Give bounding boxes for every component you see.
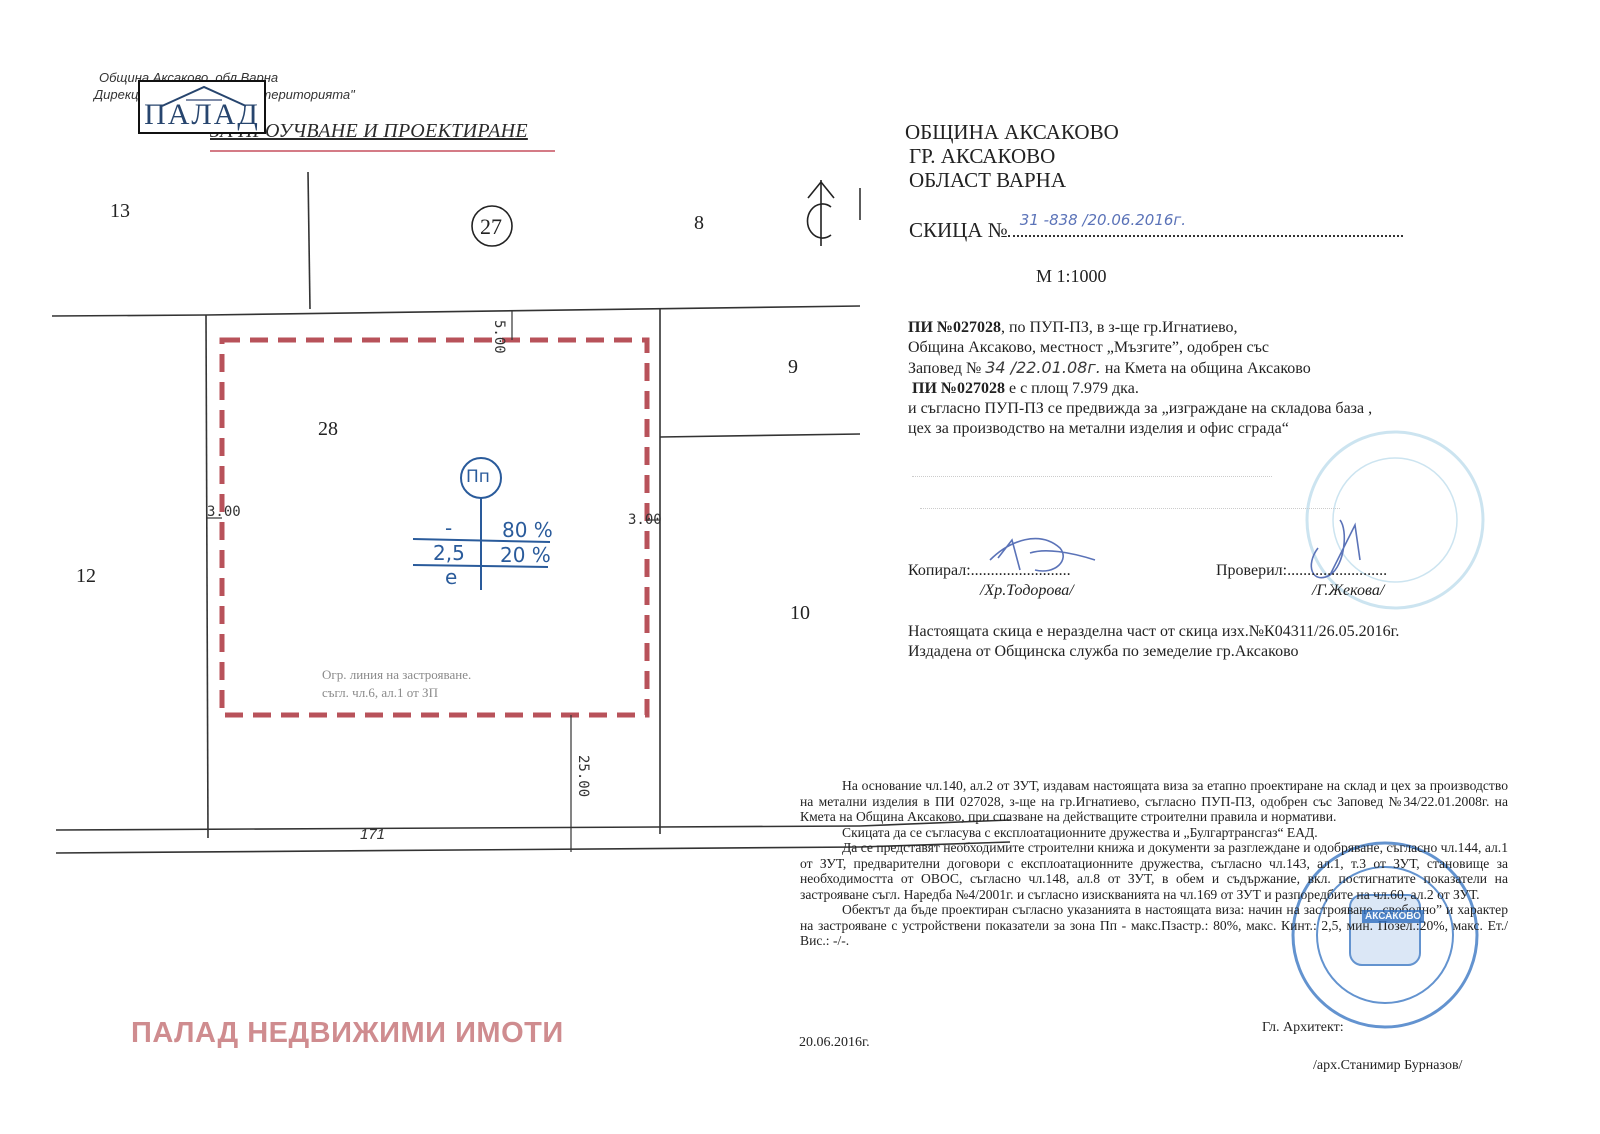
org-municipality: ОБЩИНА АКСАКОВО — [905, 120, 1119, 144]
scale: М 1:1000 — [1036, 266, 1107, 287]
zone-density: 80 % — [502, 518, 553, 542]
roof-icon — [158, 84, 250, 108]
checked-by-label: Проверил:......................... — [1216, 562, 1387, 580]
architect-name: /арх.Станимир Бурназов/ — [1313, 1058, 1462, 1074]
zone-type: е — [445, 565, 457, 589]
parcel-12: 12 — [76, 565, 96, 588]
zone-floors: - — [445, 516, 452, 540]
zone-green: 20 % — [500, 543, 551, 567]
parcel-8: 8 — [694, 212, 704, 235]
org-region: ОБЛАСТ ВАРНА — [905, 168, 1119, 192]
sketch-number: СКИЦА № 31 -838 /20.06.2016г. — [909, 218, 1403, 243]
copied-by-label: Копирал:......................... — [908, 562, 1071, 580]
parcel-13: 13 — [110, 200, 130, 223]
parcel-27: 27 — [480, 214, 502, 240]
document-date: 20.06.2016г. — [799, 1035, 870, 1051]
dim-bottom: 25.00 — [575, 755, 591, 797]
visa-paragraph-4: Обектът да бъде проектиран съгласно указ… — [800, 902, 1508, 949]
palad-logo: ПАЛАД — [138, 80, 266, 134]
zone-badge: Пп — [466, 467, 490, 487]
faded-line — [912, 476, 1272, 477]
reference-block: Настоящата скица е неразделна част от ск… — [908, 622, 1399, 662]
zone-kint: 2,5 — [433, 541, 465, 565]
copied-by-name: /Хр.Тодорова/ — [980, 582, 1074, 600]
property-info: ПИ №027028, по ПУП-ПЗ, в з-ще гр.Игнатие… — [908, 318, 1372, 439]
stamp-center-text: АКСАКОВО — [1362, 910, 1424, 923]
checked-by-name: /Г.Жекова/ — [1312, 582, 1384, 600]
parcel-9: 9 — [788, 356, 798, 379]
dim-right: 3.00 — [628, 512, 662, 528]
dimension-lines — [207, 311, 660, 852]
building-line-note: Огр. линия на застрояване. съгл. чл.6, а… — [322, 666, 471, 702]
visa-paragraph-1: На основание чл.140, ал.2 от ЗУТ, издава… — [800, 778, 1508, 825]
building-line — [222, 340, 647, 715]
dim-left: 3.00 — [207, 504, 241, 520]
north-arrow-icon — [807, 180, 834, 246]
visa-paragraph-3: Да се представят необходимите строителни… — [800, 840, 1508, 902]
faded-line — [920, 508, 1340, 509]
org-block: ОБЩИНА АКСАКОВО ГР. АКСАКОВО ОБЛАСТ ВАРН… — [905, 120, 1119, 192]
agency-watermark: ПАЛАД НЕДВИЖИМИ ИМОТИ — [131, 1017, 564, 1050]
parcel-28: 28 — [318, 418, 338, 441]
road-parcel-171: 171 — [360, 826, 385, 843]
parcel-10: 10 — [790, 602, 810, 625]
dim-top: 5.00 — [491, 320, 507, 354]
visa-paragraph-2: Скицата да се съгласува с експлоатационн… — [800, 825, 1508, 841]
sketch-number-value: 31 -838 /20.06.2016г. — [1020, 211, 1186, 229]
org-town: ГР. АКСАКОВО — [905, 144, 1119, 168]
architect-label: Гл. Архитект: — [1262, 1020, 1344, 1036]
parcel-boundaries — [52, 172, 1010, 853]
